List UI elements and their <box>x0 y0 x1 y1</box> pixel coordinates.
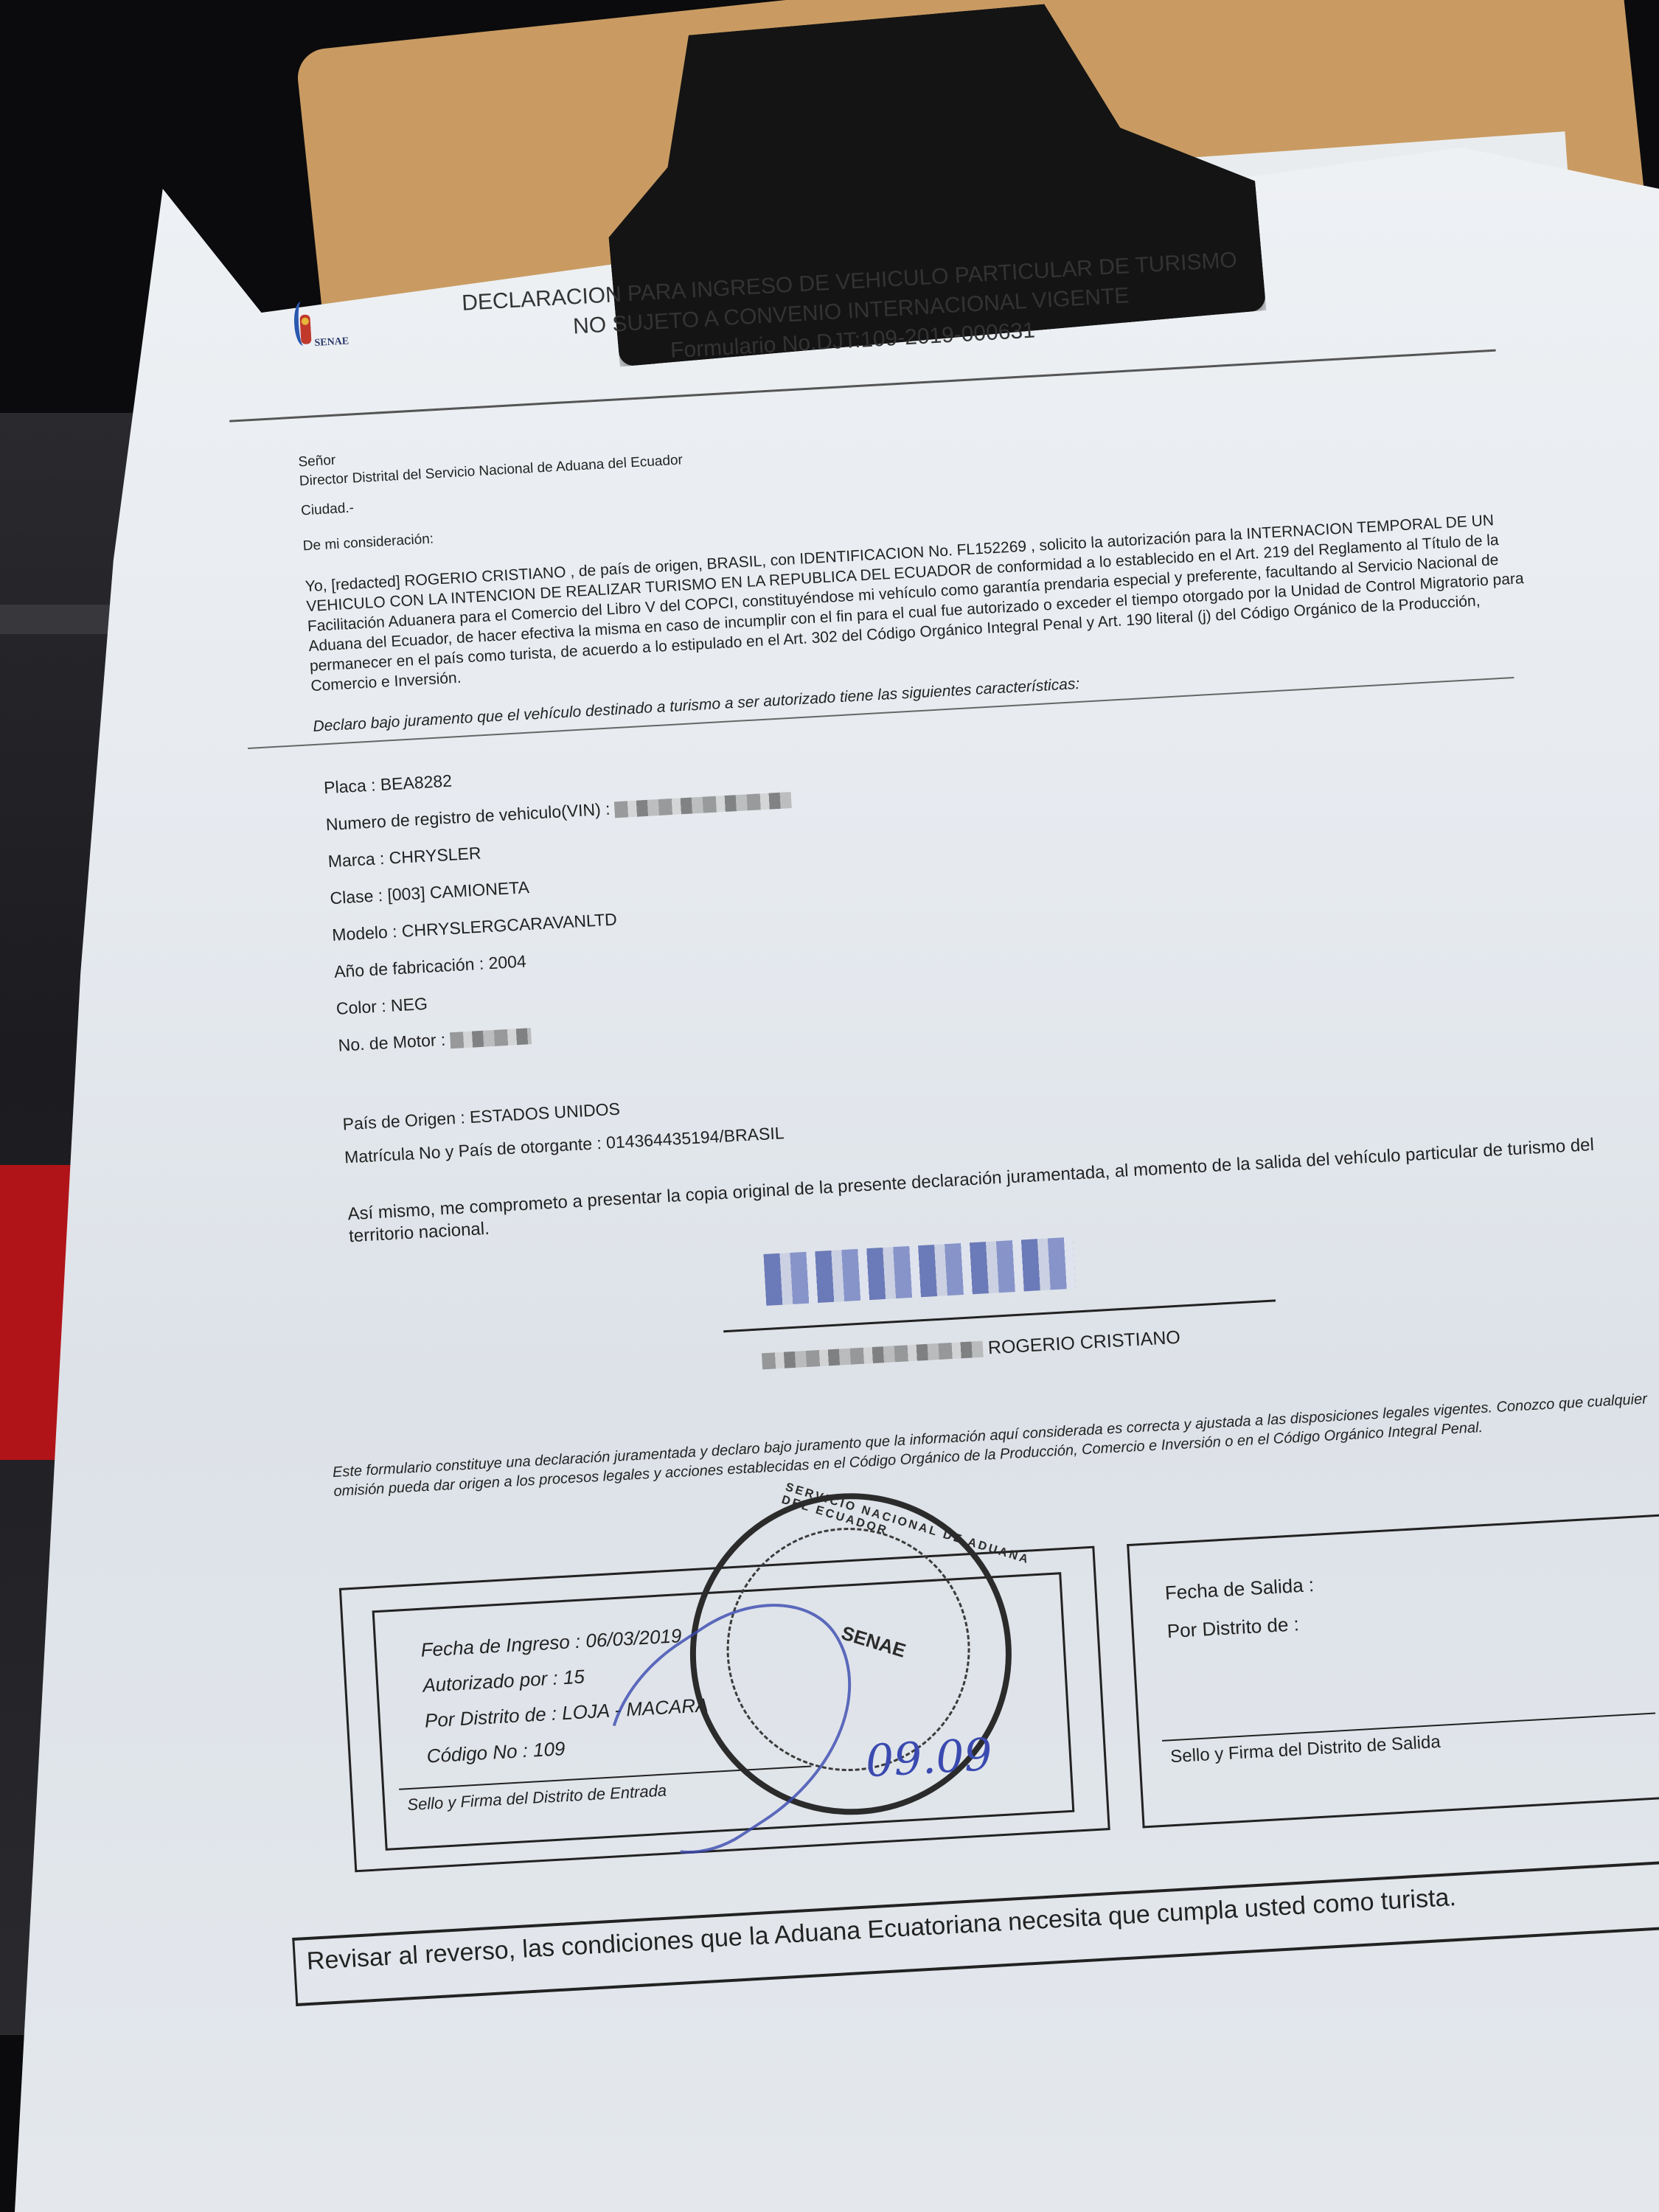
handwritten-note: 09.09 <box>864 1729 993 1787</box>
senae-logo-icon: SENAE <box>293 299 340 353</box>
redacted-value <box>450 1028 532 1048</box>
vehicle-fields: Placa : BEA8282 Numero de registro de ve… <box>323 743 805 1064</box>
redacted-value <box>614 792 792 818</box>
exit-box: Fecha de Salida : Por Distrito de : Sell… <box>1127 1514 1659 1829</box>
field-distrito-salida: Por Distrito de : <box>1166 1604 1317 1650</box>
